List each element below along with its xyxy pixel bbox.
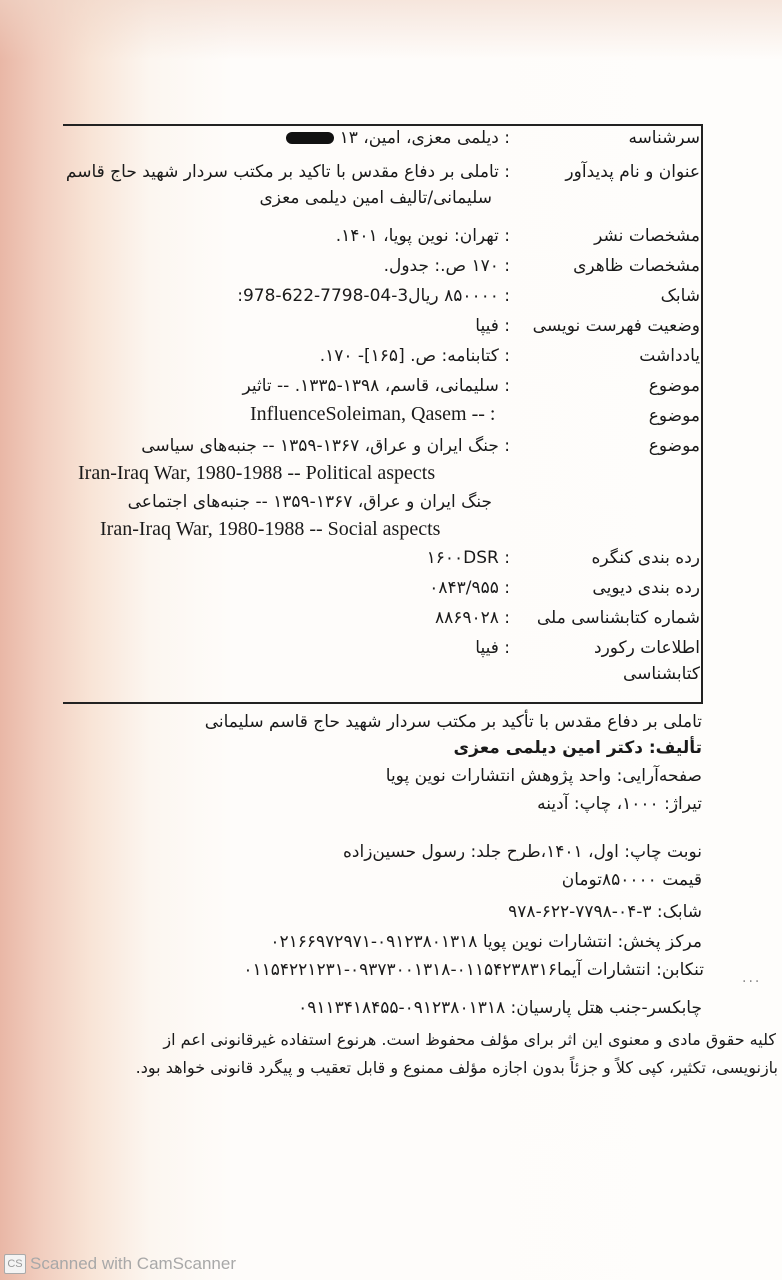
- cip-label-note: یادداشت: [639, 346, 700, 366]
- edition-line: نوبت چاپ: اول، ۱۴۰۱،طرح جلد: رسول حسین‌ز…: [343, 842, 702, 862]
- chaboksar-branch: چابکسر-جنب هتل پارسیان: ۰۹۱۲۳۸۰۱۳۱۸-۰۹۱۱…: [298, 998, 702, 1018]
- camscanner-watermark: CS Scanned with CamScanner: [4, 1254, 236, 1274]
- cip-value-publication: : تهران: نوین پویا، ۱۴۰۱.: [336, 226, 510, 246]
- cip-value-dewey: ۰۸۴۳/۹۵۵ :: [429, 578, 510, 598]
- cip-value-lc-class: ۱۶۰۰DSR :: [427, 548, 510, 568]
- cip-value-subject-4: جنگ ایران و عراق، ۱۳۶۷-۱۳۵۹ -- جنبه‌های …: [128, 492, 492, 512]
- book-title: تاملی بر دفاع مقدس با تأکید بر مکتب سردا…: [205, 712, 702, 732]
- distribution-center: مرکز پخش: انتشارات نوین پویا ۰۹۱۲۳۸۰۱۳۱۸…: [270, 932, 702, 952]
- cip-label-subject-2: موضوع: [649, 406, 700, 426]
- cip-label-subject-3: موضوع: [649, 436, 700, 456]
- cip-label-record-info-cont: کتابشناسی: [623, 664, 700, 684]
- cip-label-cataloging-status: وضعیت فهرست نویسی: [533, 316, 700, 336]
- cip-value-main-entry: : دیلمی معزی، امین، ۱۳: [286, 128, 510, 148]
- redacted-mark: [286, 132, 334, 144]
- camscanner-logo-icon: CS: [4, 1254, 26, 1274]
- price-line: قیمت ۸۵۰۰۰۰تومان: [562, 870, 702, 890]
- cip-value-physical: : ۱۷۰ ص.: جدول.: [384, 256, 510, 276]
- cip-label-main-entry: سرشناسه: [628, 128, 700, 148]
- cip-label-lc-class: رده بندی کنگره: [592, 548, 700, 568]
- cip-label-record-info: اطلاعات رکورد: [594, 638, 700, 658]
- cip-label-publication: مشخصات نشر: [594, 226, 700, 246]
- cip-value-subject-3: : جنگ ایران و عراق، ۱۳۶۷-۱۳۵۹ -- جنبه‌ها…: [141, 436, 510, 456]
- rights-notice-line-2: بازنویسی، تکثیر، کپی کلاً و جزئاً بدون ا…: [136, 1058, 778, 1077]
- cip-value-title-cont: سلیمانی/تالیف امین دیلمی معزی: [260, 188, 493, 208]
- cip-value-subject-1: : سلیمانی، قاسم، ۱۳۹۸-۱۳۳۵. -- تاثیر: [242, 376, 510, 396]
- cip-label-dewey: رده بندی دیویی: [592, 578, 700, 598]
- author-line: تألیف: دکتر امین دیلمی معزی: [454, 738, 702, 758]
- cip-label-subject-1: موضوع: [649, 376, 700, 396]
- cip-value-cataloging-status: : فیپا: [475, 316, 510, 336]
- cip-label-isbn: شابک: [661, 286, 700, 306]
- cip-value-record-info: : فیپا: [475, 638, 510, 658]
- layout-credit: صفحه‌آرایی: واحد پژوهش انتشارات نوین پوی…: [386, 766, 702, 786]
- cip-label-physical: مشخصات ظاهری: [573, 256, 700, 276]
- cip-value-subject-2: InfluenceSoleiman, Qasem -- :: [250, 403, 495, 426]
- cip-value-title: : تاملی بر دفاع مقدس با تاکید بر مکتب سر…: [66, 162, 510, 182]
- scan-artifact-dots: ...: [742, 970, 761, 986]
- cip-label-title: عنوان و نام پدیدآور: [565, 162, 700, 182]
- print-run: تیراژ: ۱۰۰۰، چاپ: آدینه: [537, 794, 702, 814]
- cip-value-subject-4-en: Iran-Iraq War, 1980-1988 -- Social aspec…: [100, 518, 440, 541]
- cip-value-isbn: : ۸۵۰۰۰۰ ریال3-04-7798-622-978:: [237, 286, 510, 306]
- cip-label-national-bib: شماره کتابشناسی ملی: [537, 608, 700, 628]
- isbn-line: شابک: ۳-۰۴-۷۷۹۸-۶۲۲-۹۷۸: [508, 902, 702, 922]
- cip-value-subject-3-en: Iran-Iraq War, 1980-1988 -- Political as…: [78, 462, 435, 485]
- camscanner-text: Scanned with CamScanner: [30, 1254, 236, 1274]
- cip-value-national-bib: ۸۸۶۹۰۲۸ :: [435, 608, 510, 628]
- cip-value-note: : کتابنامه: ص. [۱۶۵]- ۱۷۰.: [320, 346, 510, 366]
- rights-notice-line-1: کلیه حقوق مادی و معنوی این اثر برای مؤلف…: [163, 1030, 776, 1049]
- tonekabon-branch: تنکابن: انتشارات آیما۰۱۱۵۴۲۳۸۳۱۶-۰۹۳۷۳۰۰…: [243, 960, 704, 980]
